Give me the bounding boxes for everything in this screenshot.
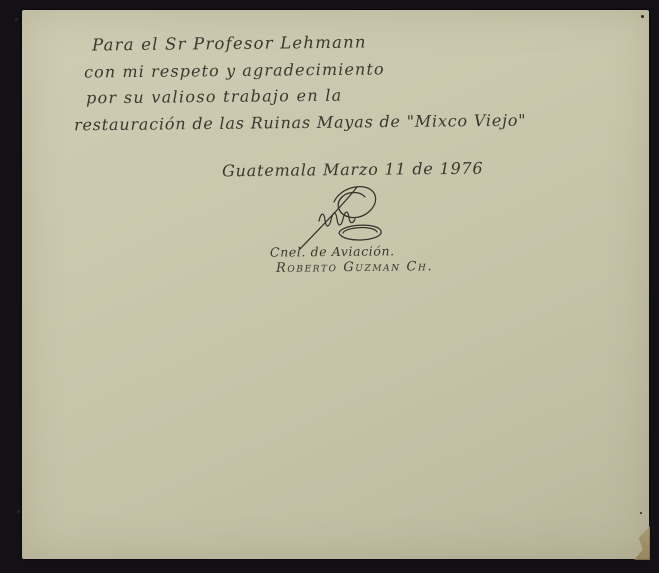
dust-speck: [641, 15, 644, 18]
dust-speck: [17, 510, 20, 513]
document-paper: Para el Sr Profesor Lehmann con mi respe…: [22, 10, 649, 559]
signature-scribble: [280, 180, 398, 252]
photo-background: Para el Sr Profesor Lehmann con mi respe…: [0, 0, 659, 573]
corner-damage: [634, 526, 650, 560]
dedication-line-4: restauración de las Ruinas Mayas de "Mix…: [74, 111, 527, 135]
dateline: Guatemala Marzo 11 de 1976: [222, 159, 484, 181]
dedication-line-3: por su valioso trabajo en la: [86, 86, 343, 108]
credential-line: Cnel. de Aviación.: [270, 243, 395, 259]
dust-speck: [640, 512, 642, 514]
dedication-line-2: con mi respeto y agradecimiento: [84, 59, 385, 81]
signatory-name: Roberto Guzman Ch.: [276, 259, 433, 276]
dust-speck: [15, 18, 18, 21]
dedication-line-1: Para el Sr Profesor Lehmann: [92, 33, 367, 55]
